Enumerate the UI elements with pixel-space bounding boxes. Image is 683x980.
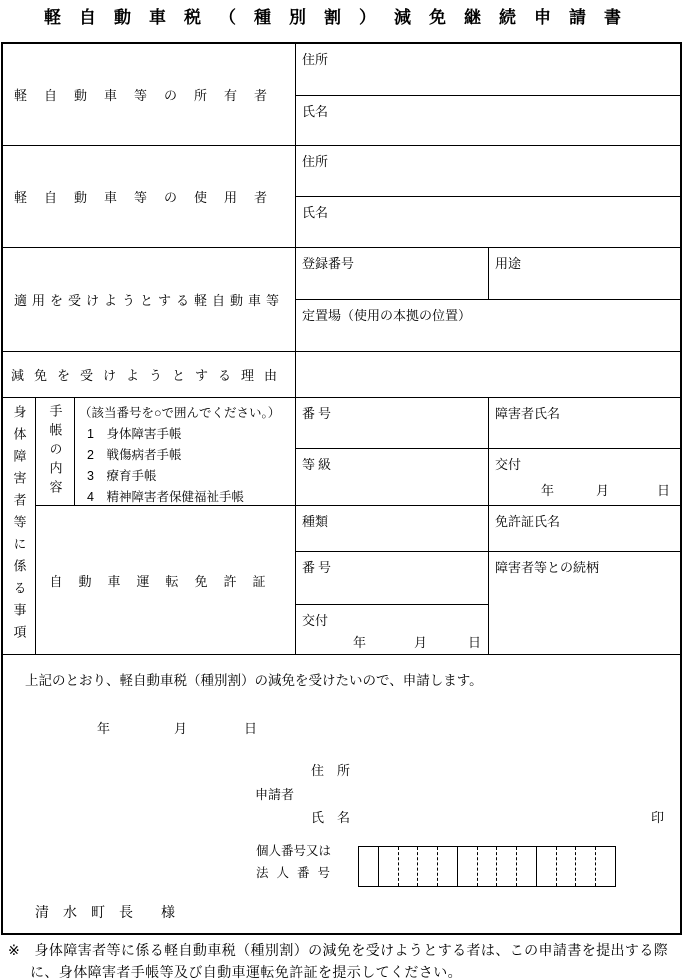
handbook-option-4[interactable]: 4 精神障害者保健福祉手帳 — [79, 487, 291, 508]
declaration-text: 上記のとおり、軽自動車税（種別割）の減免を受けたいので、申請します。 — [25, 669, 483, 689]
vehicle-registration-label: 登録番号 — [302, 256, 354, 271]
handbook-holder-name-label: 障害者氏名 — [495, 406, 560, 421]
handbook-note: （該当番号を○で囲んでください。） — [79, 403, 291, 424]
disability-section-label: 身体障害者等に係る事項 — [10, 405, 29, 647]
digit-cell[interactable] — [398, 847, 418, 886]
handbook-issue-day-label: 日 — [657, 480, 670, 499]
license-issue-date-cell[interactable]: 交付 年 月 日 — [296, 605, 489, 655]
digit-cell[interactable] — [378, 847, 398, 886]
handbook-issue-month-label: 月 — [596, 480, 609, 499]
corporate-number-input-boxes[interactable] — [358, 846, 616, 887]
handbook-number-label: 番号 — [302, 406, 334, 421]
license-relation-label: 障害者等との続柄 — [495, 560, 599, 575]
user-name-cell[interactable]: 氏名 — [296, 197, 680, 248]
reason-label-cell: 減免を受けようとする理由 — [3, 352, 296, 398]
license-label-cell: 自動車運転免許証 — [36, 506, 296, 655]
application-day-label: 日 — [244, 718, 257, 737]
reason-value-cell[interactable] — [296, 352, 680, 398]
application-block: 上記のとおり、軽自動車税（種別割）の減免を受けたいので、申請します。 年 月 日… — [3, 655, 680, 933]
applicant-label: 申請者 — [255, 784, 294, 803]
footer-note-line1: ※ 身体障害者等に係る軽自動車税（種別割）の減免を受けようとする者は、この申請書… — [8, 940, 668, 960]
handbook-option-3[interactable]: 3 療育手帳 — [79, 466, 291, 487]
application-form-page: 軽自動車税（種別割）減免継続申請書 軽自動車等の所有者 住所 氏名 軽自動車等の… — [0, 0, 683, 980]
user-label-cell: 軽自動車等の使用者 — [3, 146, 296, 248]
license-type-cell[interactable]: 種類 — [296, 506, 489, 552]
form-table: 軽自動車等の所有者 住所 氏名 軽自動車等の使用者 住所 氏名 適用を受けようと… — [1, 42, 682, 935]
digit-cell[interactable] — [359, 847, 378, 886]
digit-cell[interactable] — [536, 847, 556, 886]
vehicle-label-cell: 適用を受けようとする軽自動車等 — [3, 248, 296, 352]
handbook-issue-label: 交付 — [495, 454, 521, 473]
vehicle-use-label: 用途 — [495, 256, 521, 271]
owner-name-cell[interactable]: 氏名 — [296, 96, 680, 146]
owner-label-cell: 軽自動車等の所有者 — [3, 44, 296, 146]
digit-cell[interactable] — [556, 847, 576, 886]
reason-label: 減免を受けようとする理由 — [11, 365, 287, 384]
handbook-number-cell[interactable]: 番号 — [296, 398, 489, 449]
handbook-option-2[interactable]: 2 戦傷病者手帳 — [79, 445, 291, 466]
owner-address-label: 住所 — [302, 52, 328, 67]
license-issue-month-label: 月 — [414, 632, 427, 651]
license-relation-cell[interactable]: 障害者等との続柄 — [489, 552, 680, 655]
digit-cell[interactable] — [437, 847, 457, 886]
handbook-options-cell: （該当番号を○で囲んでください。） 1 身体障害手帳 2 戦傷病者手帳 3 療育… — [75, 398, 296, 506]
vehicle-location-cell[interactable]: 定置場（使用の本拠の位置） — [296, 300, 680, 352]
vehicle-location-label: 定置場（使用の本拠の位置） — [302, 308, 471, 323]
owner-name-label: 氏名 — [302, 104, 328, 119]
license-number-label: 番号 — [302, 560, 334, 575]
user-address-label: 住所 — [302, 154, 328, 169]
license-type-label: 種類 — [302, 514, 328, 529]
addressee-label: 清 水 町 長 様 — [35, 902, 175, 922]
form-title: 軽自動車税（種別割）減免継続申請書 — [0, 3, 683, 28]
owner-label: 軽自動車等の所有者 — [14, 85, 284, 104]
vehicle-registration-cell[interactable]: 登録番号 — [296, 248, 489, 300]
user-name-label: 氏名 — [302, 205, 328, 220]
license-issue-day-label: 日 — [468, 632, 481, 651]
handbook-label-cell: 手帳の内容 — [36, 398, 75, 506]
footer-note-line2: に、身体障害者手帳等及び自動車運転免許証を提示してください。 — [30, 962, 462, 980]
user-address-cell[interactable]: 住所 — [296, 146, 680, 197]
application-year-label: 年 — [97, 718, 110, 737]
license-issue-year-label: 年 — [353, 632, 366, 651]
license-name-label: 免許証氏名 — [495, 514, 560, 529]
digit-cell[interactable] — [595, 847, 615, 886]
handbook-issue-year-label: 年 — [541, 480, 554, 499]
corporate-number-label: 個人番号又は 法人番号 — [256, 840, 338, 884]
handbook-holder-name-cell[interactable]: 障害者氏名 — [489, 398, 680, 449]
handbook-option-1[interactable]: 1 身体障害手帳 — [79, 424, 291, 445]
applicant-name-label[interactable]: 氏 名 — [311, 807, 350, 826]
seal-mark: 印 — [651, 807, 664, 826]
digit-cell[interactable] — [477, 847, 497, 886]
license-name-cell[interactable]: 免許証氏名 — [489, 506, 680, 552]
applicant-address-label[interactable]: 住 所 — [311, 760, 350, 779]
vehicle-use-cell[interactable]: 用途 — [489, 248, 680, 300]
owner-address-cell[interactable]: 住所 — [296, 44, 680, 96]
digit-cell[interactable] — [457, 847, 477, 886]
handbook-issue-date-cell[interactable]: 交付 年 月 日 — [489, 449, 680, 506]
handbook-label: 手帳の内容 — [46, 404, 65, 499]
disability-section-cell: 身体障害者等に係る事項 — [3, 398, 36, 655]
user-label: 軽自動車等の使用者 — [14, 187, 284, 206]
application-month-label: 月 — [174, 718, 187, 737]
vehicle-label: 適用を受けようとする軽自動車等 — [14, 290, 284, 309]
license-issue-label: 交付 — [302, 610, 328, 629]
handbook-grade-label: 等級 — [302, 457, 334, 472]
digit-cell[interactable] — [516, 847, 536, 886]
license-number-cell[interactable]: 番号 — [296, 552, 489, 605]
license-label: 自動車運転免許証 — [49, 571, 281, 590]
handbook-grade-cell[interactable]: 等級 — [296, 449, 489, 506]
digit-cell[interactable] — [496, 847, 516, 886]
digit-cell[interactable] — [417, 847, 437, 886]
digit-cell[interactable] — [575, 847, 595, 886]
